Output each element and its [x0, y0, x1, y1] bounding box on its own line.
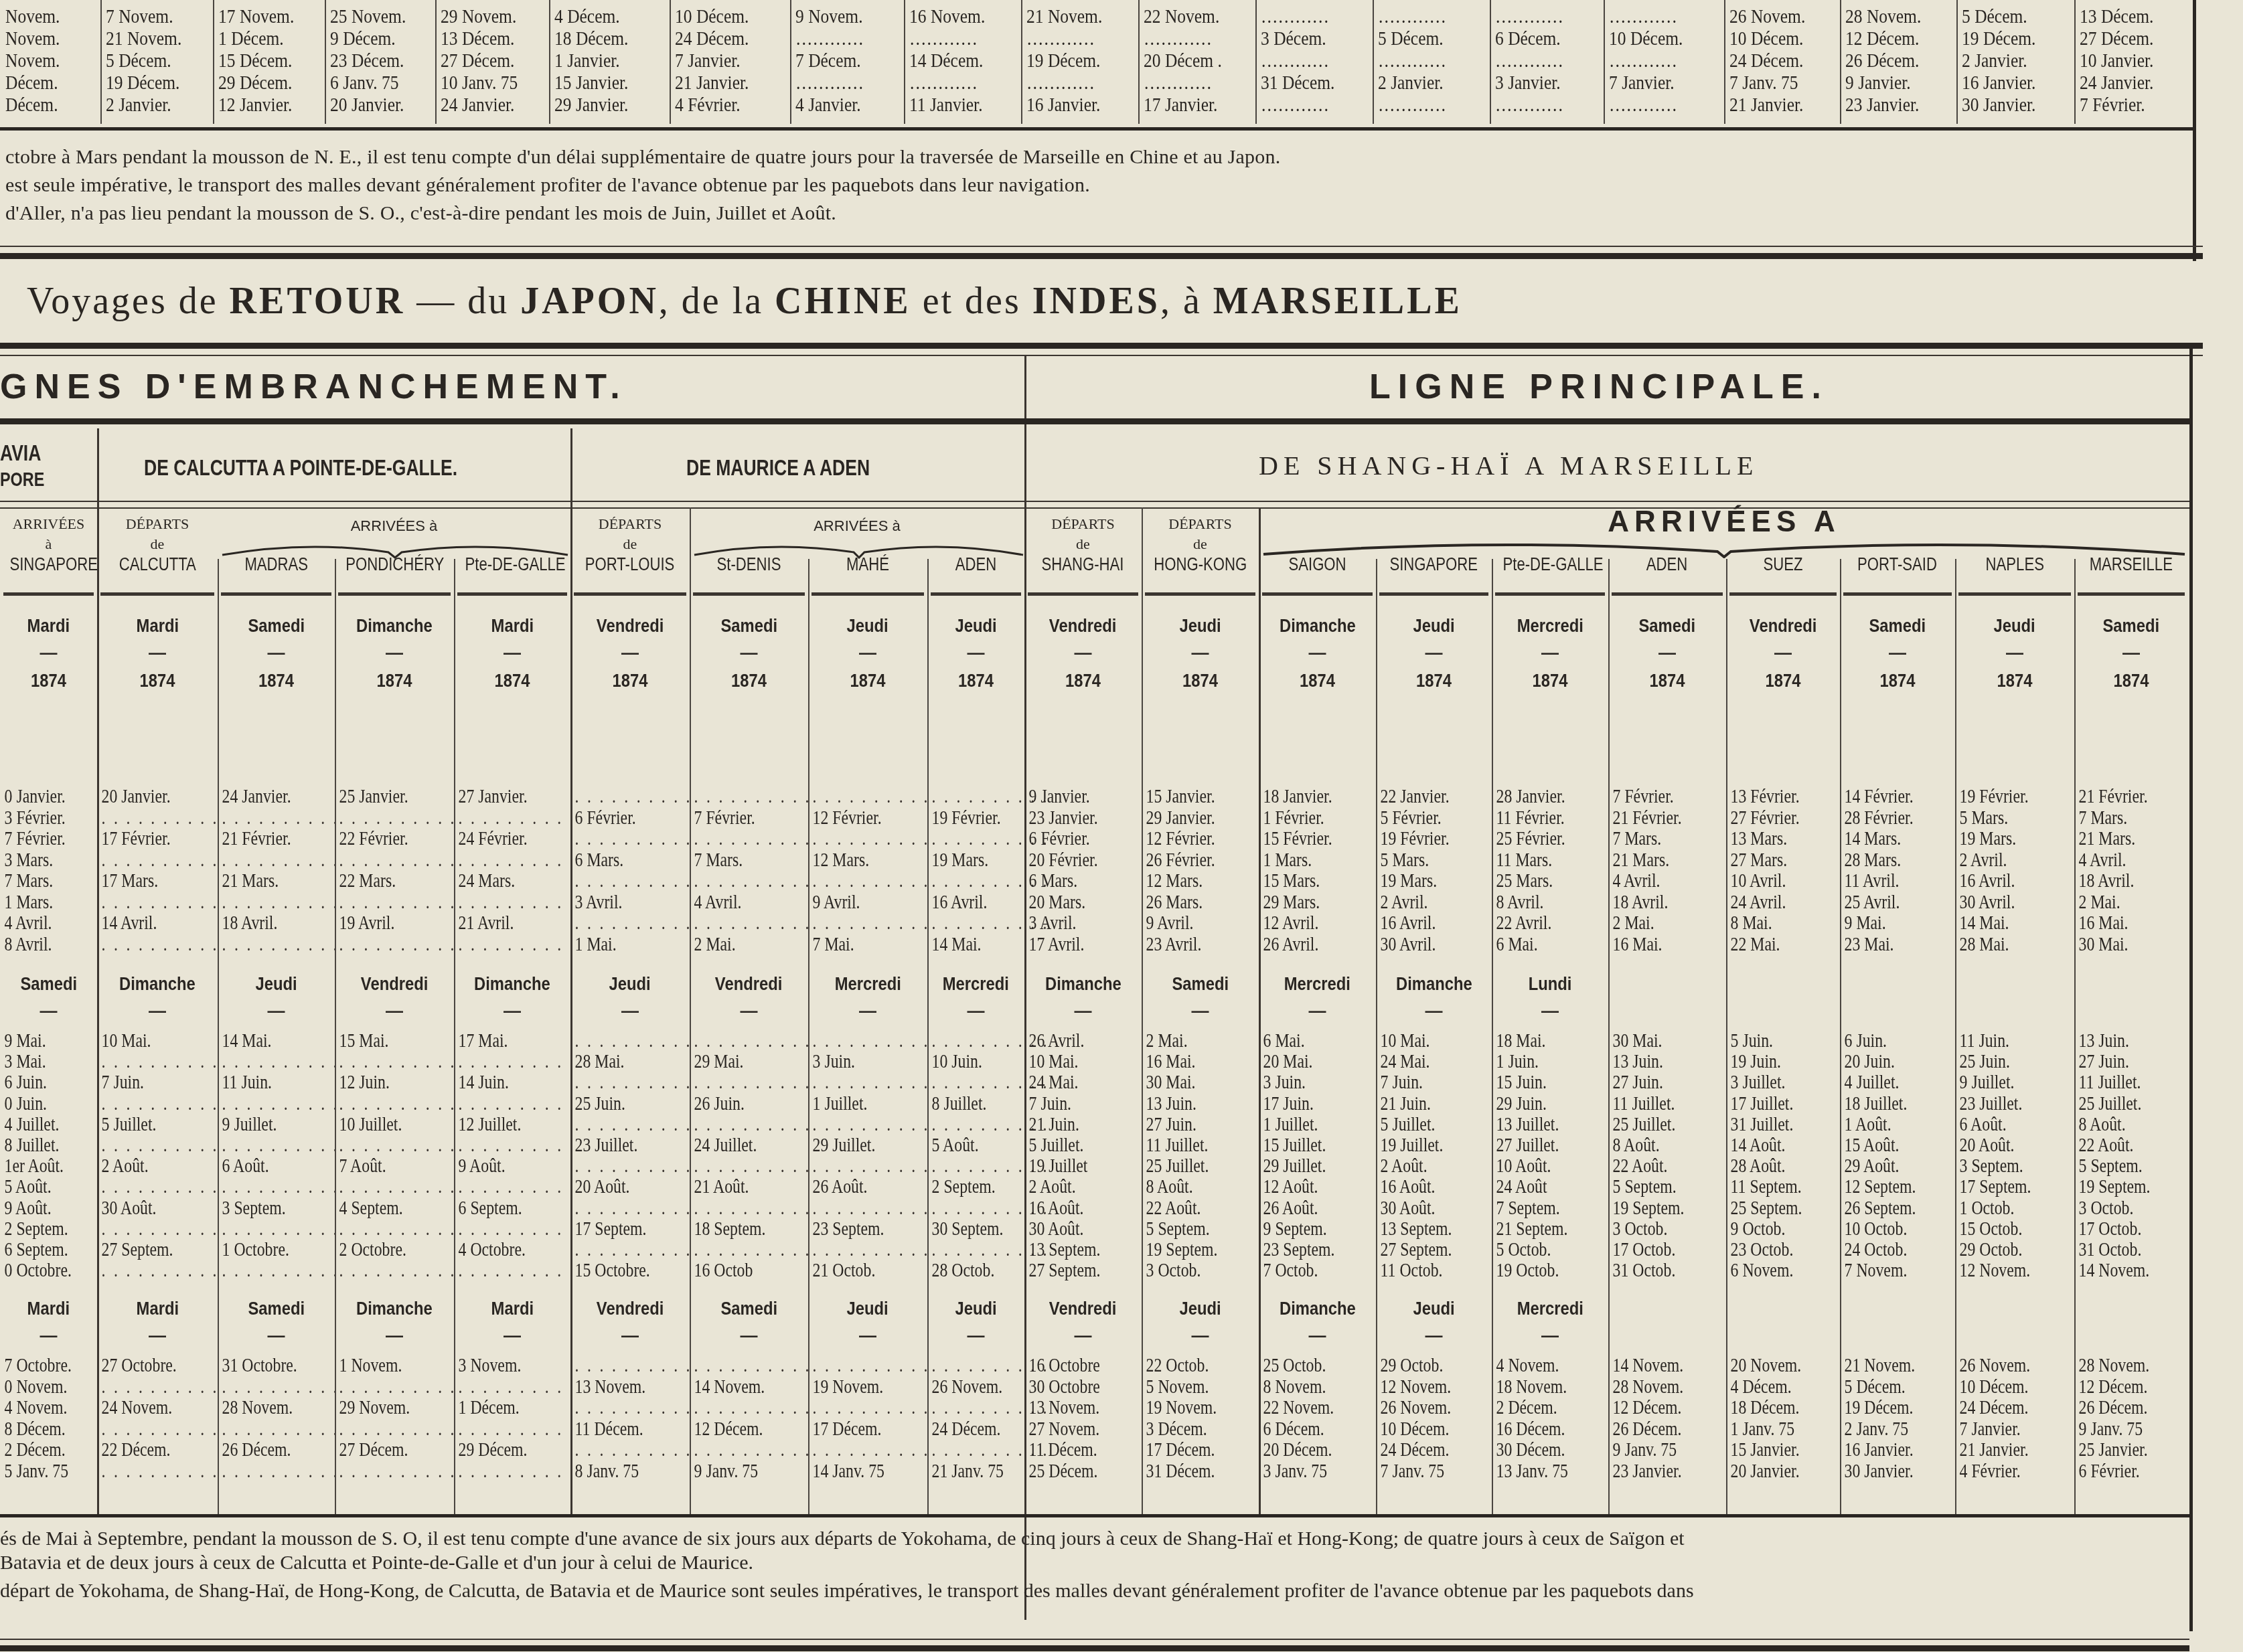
- date-cell: 19 Février.: [1955, 787, 2053, 808]
- fragment-cell: …………: [909, 72, 985, 94]
- date-cell: 25 Février.: [1492, 829, 1588, 850]
- date-cell: 17 Octob.: [1608, 1240, 1705, 1260]
- column-rule: [549, 0, 550, 124]
- date-cell: 22 Août.: [2074, 1135, 2167, 1156]
- date-cell: 23 Avril.: [1142, 934, 1238, 956]
- day-label: Jeudi: [1413, 1299, 1454, 1319]
- date-column-marseille: 28 Novem.12 Décem.26 Décem.9 Janv. 7525 …: [2074, 1355, 2188, 1482]
- header-underline: [221, 592, 331, 596]
- date-cell: 22 Janvier.: [1376, 787, 1471, 808]
- date-cell: 28 Mars.: [1840, 850, 1934, 872]
- fragment-cell: …………: [795, 27, 864, 50]
- date-cell: 3 Juin.: [808, 1052, 906, 1072]
- section-rule: [0, 418, 2189, 424]
- fragment-cell: 19 Décem.: [1962, 27, 2035, 50]
- date-cell: 28 Novem.: [2074, 1355, 2167, 1377]
- day-of-week: [1840, 1299, 1955, 1319]
- day-of-week: Mercredi—: [808, 974, 927, 1021]
- date-cell: 21 Mars.: [2074, 829, 2167, 850]
- day-of-week: Vendredi—: [570, 1299, 690, 1345]
- day-label: Samedi: [20, 974, 77, 994]
- date-cell: . . . . . . . . . .: [335, 1052, 433, 1072]
- day-of-week: Dimanche—: [1024, 974, 1142, 1021]
- date-cell: . . . . . . . . . .: [927, 1440, 1007, 1461]
- dash: —: [1492, 643, 1608, 663]
- date-cell: 28 Février.: [1840, 808, 1934, 829]
- date-cell: 4 Novem.: [1492, 1355, 1588, 1377]
- date-cell: 25 Juillet.: [1142, 1156, 1238, 1177]
- header-underline: [100, 592, 214, 596]
- date-cell: 2 Mai.: [1608, 913, 1705, 934]
- fragment-cell: 13 Décem.: [441, 27, 518, 50]
- date-cell: 9 Juillet.: [1955, 1072, 2053, 1093]
- date-cell: 18 Avril.: [2074, 871, 2167, 892]
- title-text: , de la: [659, 280, 775, 322]
- title-marseille: MARSEILLE: [1213, 280, 1462, 322]
- date-cell: 30 Décem.: [1492, 1440, 1588, 1461]
- date-cell: 7 Janv. 75: [1376, 1461, 1471, 1483]
- dash: —: [335, 1001, 454, 1021]
- fragment-cell: 24 Décem.: [675, 27, 749, 50]
- header-line-2: de: [97, 534, 218, 554]
- date-cell: 12 Septem.: [1840, 1177, 1934, 1197]
- fragment-column: 21 Novem.…………19 Décem.…………16 Janvier.: [1026, 5, 1115, 116]
- date-column-suez: 13 Février.27 Février.13 Mars.27 Mars.10…: [1726, 787, 1840, 955]
- column-rule: [670, 0, 671, 124]
- footnote-1: és de Mai à Septembre, pendant la mousso…: [0, 1527, 1685, 1550]
- header-line-2: de: [570, 534, 690, 554]
- date-column-madras: 14 Mai.. . . . . . . . . .11 Juin.. . . …: [218, 1031, 335, 1281]
- day-label: Jeudi: [1994, 616, 2035, 636]
- date-cell: 29 Décem.: [454, 1440, 550, 1461]
- date-cell: 22 Mai.: [1726, 934, 1819, 956]
- header-city: SINGAPORE: [1390, 554, 1478, 574]
- date-cell: 5 Juillet.: [1024, 1135, 1121, 1156]
- date-cell: 4 Septem.: [335, 1198, 433, 1219]
- date-cell: 23 Juillet.: [1955, 1094, 2053, 1114]
- date-cell: 21 Août.: [690, 1177, 787, 1197]
- date-cell: 7 Février.: [0, 829, 80, 850]
- date-cell: 2 Janv. 75: [1840, 1419, 1934, 1440]
- date-cell: 5 Juillet.: [1376, 1114, 1471, 1135]
- date-cell: 17 Juillet.: [1726, 1094, 1819, 1114]
- day-of-week: Dimanche—1874: [1259, 616, 1376, 691]
- column-header-saigon: SAIGON: [1259, 514, 1376, 576]
- date-cell: 28 Novem.: [1608, 1377, 1705, 1398]
- date-column-mahe: . . . . . . . . . .3 Juin.. . . . . . . …: [808, 1031, 927, 1281]
- date-cell: 23 Juillet.: [570, 1135, 668, 1156]
- date-cell: 4 Avril.: [0, 913, 80, 934]
- date-cell: 20 Août.: [570, 1177, 668, 1197]
- fragment-cell: …………: [1378, 94, 1446, 116]
- date-cell: 19 Septem.: [1142, 1240, 1238, 1260]
- date-cell: 25 Mars.: [1492, 871, 1588, 892]
- date-cell: 26 Mars.: [1142, 892, 1238, 914]
- fragment-cell: …………: [1609, 94, 1683, 116]
- date-cell: 31 Octob.: [2074, 1240, 2167, 1260]
- date-cell: 3 Décem.: [1142, 1419, 1238, 1440]
- dash: —: [927, 1001, 1024, 1021]
- date-cell: . . . . . . . . . .: [218, 1094, 314, 1114]
- header-underline: [1028, 592, 1138, 596]
- day-of-week: Vendredi—1874: [570, 616, 690, 691]
- date-cell: 15 Janvier.: [1726, 1440, 1819, 1461]
- column-rule: [1492, 559, 1493, 1514]
- date-cell: . . . . . . . . . .: [97, 1135, 196, 1156]
- date-cell: 27 Octobre.: [97, 1355, 196, 1377]
- day-label: Mercredi: [943, 974, 1009, 994]
- date-column-singapore_b: 0 Janvier.3 Février.7 Février.3 Mars.7 M…: [0, 787, 97, 955]
- fragment-cell: 29 Novem.: [441, 5, 518, 27]
- fragment-cell: 1 Décem.: [218, 27, 294, 50]
- dash: —: [1024, 1325, 1142, 1345]
- date-cell: . . . . . . . . . .: [808, 1398, 906, 1419]
- date-column-singapore: 29 Octob.12 Novem.26 Novem.10 Décem.24 D…: [1376, 1355, 1492, 1482]
- date-cell: . . . . . . . . . .: [454, 1461, 550, 1483]
- date-cell: 10 Décem.: [1376, 1419, 1471, 1440]
- date-column-marseille: 21 Février.7 Mars.21 Mars.4 Avril.18 Avr…: [2074, 787, 2188, 955]
- fragment-cell: 3 Décem.: [1261, 27, 1334, 50]
- date-cell: 17 Juin.: [1259, 1094, 1355, 1114]
- date-column-portlouis: . . . . . . . . . .13 Novem.. . . . . . …: [570, 1355, 690, 1482]
- day-of-week: Mardi—1874: [97, 616, 218, 691]
- date-cell: 21 Septem.: [1492, 1219, 1588, 1240]
- date-cell: . . . . . . . . . .: [927, 1156, 1007, 1177]
- date-cell: 1 Février.: [1259, 808, 1355, 829]
- date-cell: . . . . . . . . . .: [927, 1355, 1007, 1377]
- header-underline: [338, 592, 451, 596]
- column-rule: [1604, 0, 1605, 124]
- date-cell: 14 Novem.: [690, 1377, 787, 1398]
- fragment-cell: 4 Janvier.: [795, 94, 864, 116]
- box-right-border: [2189, 343, 2193, 1631]
- date-cell: 6 Juin.: [1840, 1031, 1934, 1052]
- date-cell: . . . . . . . . . .: [570, 913, 668, 934]
- day-label: Vendredi: [597, 1299, 664, 1319]
- year: 1874: [106, 671, 209, 691]
- rule-thick: [0, 253, 2203, 259]
- date-cell: 25 Juin.: [1955, 1052, 2053, 1072]
- dash: —: [808, 1001, 927, 1021]
- date-column-aden_b: . . . . . . . . . .19 Février.. . . . . …: [927, 787, 1024, 955]
- fragment-column: 13 Décem.27 Décem.10 Janvier.24 Janvier.…: [2080, 5, 2167, 116]
- date-cell: 21 Juin.: [1024, 1114, 1121, 1135]
- column-rule: [454, 559, 455, 1514]
- date-cell: 14 Mai.: [218, 1031, 314, 1052]
- year: 1874: [935, 671, 1017, 691]
- fragment-column: 10 Décem.24 Décem.7 Janvier.21 Janvier.4…: [675, 5, 762, 116]
- date-cell: 11 Avril.: [1840, 871, 1934, 892]
- date-cell: . . . . . . . . . .: [218, 1052, 314, 1072]
- day-label: Mercredi: [1284, 974, 1350, 994]
- date-cell: 18 Avril.: [218, 913, 314, 934]
- date-cell: . . . . . . . . . .: [218, 808, 314, 829]
- header-underline: [457, 592, 567, 596]
- date-cell: 5 Juin.: [1726, 1031, 1819, 1052]
- date-cell: . . . . . . . . . .: [690, 1072, 787, 1093]
- fragment-cell: 25 Novem.: [330, 5, 406, 27]
- date-cell: 7 Février.: [1608, 787, 1705, 808]
- fragment-cell: Décem.: [5, 94, 60, 116]
- date-cell: 15 Juin.: [1492, 1072, 1588, 1093]
- date-cell: 11 Juillet.: [2074, 1072, 2167, 1093]
- day-of-week: Mardi—: [97, 1299, 218, 1345]
- date-cell: 3 Février.: [0, 808, 80, 829]
- date-cell: 27 Janvier.: [454, 787, 550, 808]
- date-cell: 5 Février.: [1376, 808, 1471, 829]
- header-underline: [1958, 592, 2071, 596]
- date-cell: 7 Juin.: [1376, 1072, 1471, 1093]
- day-of-week: [1608, 1299, 1726, 1319]
- date-cell: 2 Septem.: [927, 1177, 1007, 1197]
- dash: —: [808, 1325, 927, 1345]
- date-cell: 8 Août.: [1142, 1177, 1238, 1197]
- dash: —: [97, 1001, 218, 1021]
- fragment-cell: 15 Janvier.: [554, 72, 628, 94]
- date-cell: 27 Novem.: [1024, 1419, 1121, 1440]
- date-cell: 18 Septem.: [690, 1219, 787, 1240]
- date-cell: . . . . . . . . . .: [335, 850, 433, 872]
- date-cell: 6 Septem.: [0, 1240, 80, 1260]
- date-cell: 23 Mai.: [1840, 934, 1934, 956]
- dash: —: [0, 643, 97, 663]
- column-header-portlouis: DÉPARTSdePORT-LOUIS: [570, 514, 690, 576]
- fragment-cell: 21 Janvier.: [675, 72, 749, 94]
- header-underline: [693, 592, 805, 596]
- date-cell: 2 Septem.: [0, 1219, 80, 1240]
- route-maurice-aden: DE MAURICE A ADEN: [686, 455, 870, 481]
- date-cell: . . . . . . . . . .: [808, 1031, 906, 1052]
- date-cell: 16 Décem.: [1492, 1419, 1588, 1440]
- date-cell: 9 Janv. 75: [2074, 1419, 2167, 1440]
- fragment-cell: …………: [1378, 50, 1446, 72]
- column-header-calcutta: DÉPARTSdeCALCUTTA: [97, 514, 218, 576]
- date-cell: 7 Octobre.: [0, 1355, 80, 1377]
- date-column-madras: 31 Octobre.. . . . . . . . . .28 Novem..…: [218, 1355, 335, 1482]
- date-cell: . . . . . . . . . .: [570, 1355, 668, 1377]
- column-rule: [1021, 0, 1022, 124]
- date-cell: 6 Août.: [1955, 1114, 2053, 1135]
- date-cell: 24 Mai.: [1024, 1072, 1121, 1093]
- date-cell: 13 Septem.: [1024, 1240, 1121, 1260]
- date-cell: 21 Février.: [2074, 787, 2167, 808]
- header-line-2: [454, 534, 570, 554]
- date-cell: 21 Février.: [1608, 808, 1705, 829]
- fragment-cell: Novem.: [5, 50, 60, 72]
- date-cell: 17 Septem.: [570, 1219, 668, 1240]
- date-cell: 26 Novem.: [927, 1377, 1007, 1398]
- column-rule: [927, 559, 929, 1514]
- date-cell: 7 Mars.: [690, 850, 787, 872]
- date-cell: 10 Mai.: [1376, 1031, 1471, 1052]
- header-line-2: [218, 534, 335, 554]
- column-rule: [2074, 559, 2076, 1514]
- date-cell: . . . . . . . . . .: [808, 1355, 906, 1377]
- date-cell: 27 Février.: [1726, 808, 1819, 829]
- fragment-cell: …………: [1261, 5, 1334, 27]
- date-cell: 8 Novem.: [1259, 1377, 1355, 1398]
- header-city: SINGAPORE: [9, 554, 98, 574]
- date-cell: 26 Août.: [808, 1177, 906, 1197]
- title-text: et des: [911, 280, 1032, 322]
- day-label: Dimanche: [356, 616, 433, 636]
- date-cell: 29 Juillet.: [1259, 1156, 1355, 1177]
- fragment-cell: …………: [909, 27, 985, 50]
- column-rule: [2074, 0, 2076, 124]
- header-line-2: [1955, 534, 2074, 554]
- dash: —: [570, 1325, 690, 1345]
- date-cell: 9 Octob.: [1726, 1219, 1819, 1240]
- date-cell: 1 Octobre.: [218, 1240, 314, 1260]
- column-rule: [1840, 559, 1841, 1514]
- day-of-week: Dimanche—1874: [335, 616, 454, 691]
- date-column-stdenis: . . . . . . . . . .14 Novem.. . . . . . …: [690, 1355, 808, 1482]
- fragment-cell: Novem.: [5, 27, 60, 50]
- date-cell: 9 Août.: [454, 1156, 550, 1177]
- date-cell: 16 Mai.: [2074, 913, 2167, 934]
- day-of-week: Jeudi—: [570, 974, 690, 1021]
- date-cell: 30 Avril.: [1955, 892, 2053, 914]
- date-cell: 12 Avril.: [1259, 913, 1355, 934]
- fragment-cell: 10 Décem.: [1609, 27, 1683, 50]
- route-shanghai-marseille: DE SHANG-HAÏ A MARSEILLE: [1259, 450, 1758, 481]
- day-of-week: Lundi—: [1492, 974, 1608, 1021]
- date-cell: 10 Mai.: [1024, 1052, 1121, 1072]
- column-rule: [690, 507, 691, 1514]
- date-cell: 1 Mars.: [0, 892, 80, 914]
- date-cell: . . . . . . . . . .: [927, 787, 1007, 808]
- date-cell: 28 Novem.: [218, 1398, 314, 1419]
- date-cell: . . . . . . . . . .: [218, 850, 314, 872]
- header-city: SHANG-HAI: [1042, 554, 1124, 574]
- dash: —: [1492, 1001, 1608, 1021]
- date-cell: . . . . . . . . . .: [927, 1031, 1007, 1052]
- day-label: Mardi: [491, 1299, 533, 1319]
- header-city: MADRAS: [244, 554, 308, 574]
- date-cell: 20 Juin.: [1840, 1052, 1934, 1072]
- date-cell: 4 Juillet.: [1840, 1072, 1934, 1093]
- day-label: Dimanche: [1396, 974, 1472, 994]
- fragment-cell: 23 Décem.: [330, 50, 406, 72]
- route-calcutta-pointe-de-galle: DE CALCUTTA A POINTE-DE-GALLE.: [144, 455, 457, 481]
- year: 1874: [1500, 671, 1600, 691]
- header-city: ADEN: [1646, 554, 1688, 574]
- date-cell: 2 Avril.: [1955, 850, 2053, 872]
- date-cell: 3 Octob.: [1608, 1219, 1705, 1240]
- fragment-column: 7 Novem.21 Novem.5 Décem.19 Décem.2 Janv…: [106, 5, 195, 116]
- fragment-cell: 4 Décem.: [554, 5, 628, 27]
- date-cell: . . . . . . . . . .: [97, 934, 196, 956]
- date-cell: 25 Décem.: [1024, 1461, 1121, 1483]
- day-of-week: Vendredi—: [1024, 1299, 1142, 1345]
- date-cell: . . . . . . . . . .: [808, 871, 906, 892]
- date-cell: 23 Janvier.: [1024, 808, 1121, 829]
- day-label: Vendredi: [597, 616, 664, 636]
- date-cell: 22 Août.: [1608, 1156, 1705, 1177]
- date-cell: 3 Janv. 75: [1259, 1461, 1355, 1483]
- date-cell: 5 Mars.: [1376, 850, 1471, 872]
- column-header-mahe: MAHÉ: [808, 514, 927, 576]
- date-cell: . . . . . . . . . .: [927, 1072, 1007, 1093]
- column-rule: [1490, 0, 1491, 124]
- column-rule: [1138, 0, 1140, 124]
- title-text: — du: [405, 280, 520, 322]
- header-underline: [1262, 592, 1373, 596]
- column-header-aden: ADEN: [1608, 514, 1726, 576]
- date-cell: . . . . . . . . . .: [927, 829, 1007, 850]
- title-text: , à: [1160, 280, 1213, 322]
- date-cell: 9 Janv. 75: [690, 1461, 787, 1483]
- day-of-week: [1840, 974, 1955, 994]
- date-cell: 22 Octob.: [1142, 1355, 1238, 1377]
- date-cell: 31 Octobre.: [218, 1355, 314, 1377]
- date-column-mahe: . . . . . . . . . .12 Février.. . . . . …: [808, 787, 927, 955]
- year: 1874: [1735, 671, 1832, 691]
- date-cell: 19 Septem.: [2074, 1177, 2167, 1197]
- date-cell: 15 Février.: [1259, 829, 1355, 850]
- date-cell: 17 Mai.: [454, 1031, 550, 1052]
- day-of-week: Mardi—: [0, 1299, 97, 1345]
- date-cell: 18 Novem.: [1492, 1377, 1588, 1398]
- column-rule: [1955, 559, 1956, 1514]
- day-label: Vendredi: [1750, 616, 1817, 636]
- date-cell: 19 Juillet: [1024, 1156, 1121, 1177]
- date-cell: 12 Novem.: [1955, 1260, 2053, 1281]
- date-cell: 26 Décem.: [218, 1440, 314, 1461]
- fragment-cell: 27 Décem.: [441, 50, 518, 72]
- day-label: Dimanche: [1280, 1299, 1356, 1319]
- date-cell: 27 Septem.: [1024, 1260, 1121, 1281]
- date-column-singapore_b: 7 Octobre.0 Novem.4 Novem.8 Décem.2 Déce…: [0, 1355, 97, 1482]
- fragment-cell: 5 Décem.: [1962, 5, 2035, 27]
- date-cell: 5 Mars.: [1955, 808, 2053, 829]
- fragment-cell: 9 Janvier.: [1845, 72, 1921, 94]
- day-label: Dimanche: [1045, 974, 1121, 994]
- date-cell: 26 Décem.: [2074, 1398, 2167, 1419]
- day-of-week: Jeudi—1874: [927, 616, 1024, 691]
- date-cell: 6 Février.: [570, 808, 668, 829]
- date-cell: 6 Mai.: [1492, 934, 1588, 956]
- fragment-cell: …………: [1495, 50, 1563, 72]
- fragment-cell: 21 Novem.: [1026, 5, 1102, 27]
- route-batavia-1: AVIA: [0, 440, 41, 467]
- date-cell: 21 Octob.: [808, 1260, 906, 1281]
- date-column-naples: 11 Juin.25 Juin.9 Juillet.23 Juillet.6 A…: [1955, 1031, 2074, 1281]
- date-cell: 29 Mars.: [1259, 892, 1355, 914]
- date-cell: 5 Juillet.: [97, 1114, 196, 1135]
- column-rule: [1608, 559, 1610, 1514]
- day-of-week: Samedi—1874: [1840, 616, 1955, 691]
- fragment-cell: 7 Novem.: [106, 5, 181, 27]
- date-cell: 7 Mars.: [1608, 829, 1705, 850]
- header-line-1: DÉPARTS: [570, 514, 690, 534]
- day-of-week: [1955, 974, 2074, 994]
- date-cell: . . . . . . . . . .: [454, 1377, 550, 1398]
- day-of-week: [1726, 1299, 1840, 1319]
- date-cell: 18 Juillet.: [1840, 1094, 1934, 1114]
- header-line-2: [2074, 534, 2188, 554]
- dash: —: [1142, 1001, 1259, 1021]
- fragment-cell: …………: [1378, 5, 1446, 27]
- column-header-naples: NAPLES: [1955, 514, 2074, 576]
- title-retour: RETOUR: [230, 280, 406, 322]
- date-cell: . . . . . . . . . .: [454, 850, 550, 872]
- date-cell: 7 Mai.: [808, 934, 906, 956]
- date-cell: 30 Mai.: [2074, 934, 2167, 956]
- date-cell: 19 Novem.: [808, 1377, 906, 1398]
- date-cell: 5 Septem.: [2074, 1156, 2167, 1177]
- date-cell: . . . . . . . . . .: [690, 1114, 787, 1135]
